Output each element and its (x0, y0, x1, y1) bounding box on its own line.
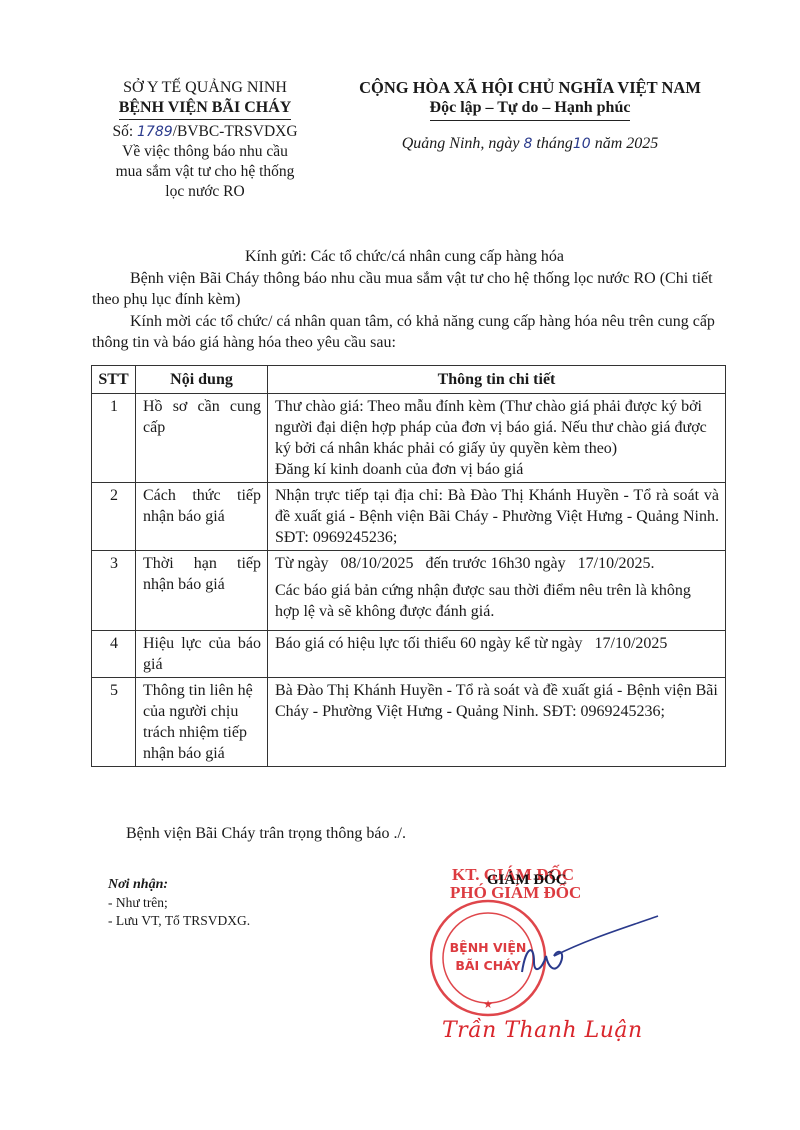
column-header-stt: STT (92, 366, 136, 394)
svg-text:★: ★ (483, 999, 493, 1011)
signer-name: Trần Thanh Luận (442, 1018, 643, 1043)
closing-line: Bệnh viện Bãi Cháy trân trọng thông báo … (126, 825, 406, 843)
column-header-details: Thông tin chi tiết (268, 366, 726, 394)
table-row: 3 Thời hạn tiếp nhận báo giá Từ ngày 08/… (92, 551, 726, 631)
table-row: 4 Hiệu lực của báo giá Báo giá có hiệu l… (92, 631, 726, 678)
table-row: 5 Thông tin liên hệ của người chịu trách… (92, 678, 726, 767)
handwritten-day: 8 (524, 136, 533, 152)
table-row: 2 Cách thức tiếp nhận báo giá Nhận trực … (92, 483, 726, 551)
subject-line: mua sắm vật tư cho hệ thống (95, 162, 315, 182)
recipients-block: Nơi nhận: - Như trên; - Lưu VT, Tổ TRSVD… (108, 876, 250, 930)
recipients-title: Nơi nhận: (108, 876, 250, 894)
printed-title: GIÁM ĐỐC (487, 872, 567, 889)
svg-text:BỆNH VIỆN: BỆNH VIỆN (450, 940, 527, 955)
handwritten-month: 10 (573, 136, 591, 152)
salutation: Kính gửi: Các tổ chức/cá nhân cung cấp h… (92, 246, 724, 268)
subject-line: lọc nước RO (95, 182, 315, 202)
body-text: Kính gửi: Các tổ chức/cá nhân cung cấp h… (92, 246, 724, 354)
svg-text:BÃI CHÁY: BÃI CHÁY (455, 958, 521, 973)
signature-block: BỆNH VIỆN BÃI CHÁY ★ KT. GIÁM ĐỐC PHÓ GI… (430, 866, 660, 1056)
paragraph-intro: Bệnh viện Bãi Cháy thông báo nhu cầu mua… (92, 268, 724, 311)
document-number: Số: 1789/BVBC-TRSVDXG (95, 122, 315, 142)
recipient-item: - Lưu VT, Tổ TRSVDXG. (108, 912, 250, 930)
document-page: SỞ Y TẾ QUẢNG NINH BỆNH VIỆN BÃI CHÁY Số… (0, 0, 800, 1130)
recipient-item: - Như trên; (108, 894, 250, 912)
handwritten-number: 1789 (137, 124, 173, 140)
motto: Độc lập – Tự do – Hạnh phúc (430, 98, 631, 121)
document-date: Quảng Ninh, ngày 8 tháng10 năm 2025 (350, 135, 710, 153)
issuer-header: SỞ Y TẾ QUẢNG NINH BỆNH VIỆN BÃI CHÁY Số… (95, 78, 315, 202)
department-name: SỞ Y TẾ QUẢNG NINH (95, 78, 315, 98)
nation-title: CỘNG HÒA XÃ HỘI CHỦ NGHĨA VIỆT NAM (350, 78, 710, 98)
table-header-row: STT Nội dung Thông tin chi tiết (92, 366, 726, 394)
hospital-name: BỆNH VIỆN BÃI CHÁY (119, 98, 292, 120)
national-header: CỘNG HÒA XÃ HỘI CHỦ NGHĨA VIỆT NAM Độc l… (350, 78, 710, 153)
requirements-table: STT Nội dung Thông tin chi tiết 1 Hồ sơ … (91, 365, 726, 767)
paragraph-invitation: Kính mời các tổ chức/ cá nhân quan tâm, … (92, 311, 724, 354)
subject-line: Về việc thông báo nhu cầu (95, 142, 315, 162)
table-row: 1 Hồ sơ cần cung cấp Thư chào giá: Theo … (92, 394, 726, 483)
column-header-content: Nội dung (136, 366, 268, 394)
